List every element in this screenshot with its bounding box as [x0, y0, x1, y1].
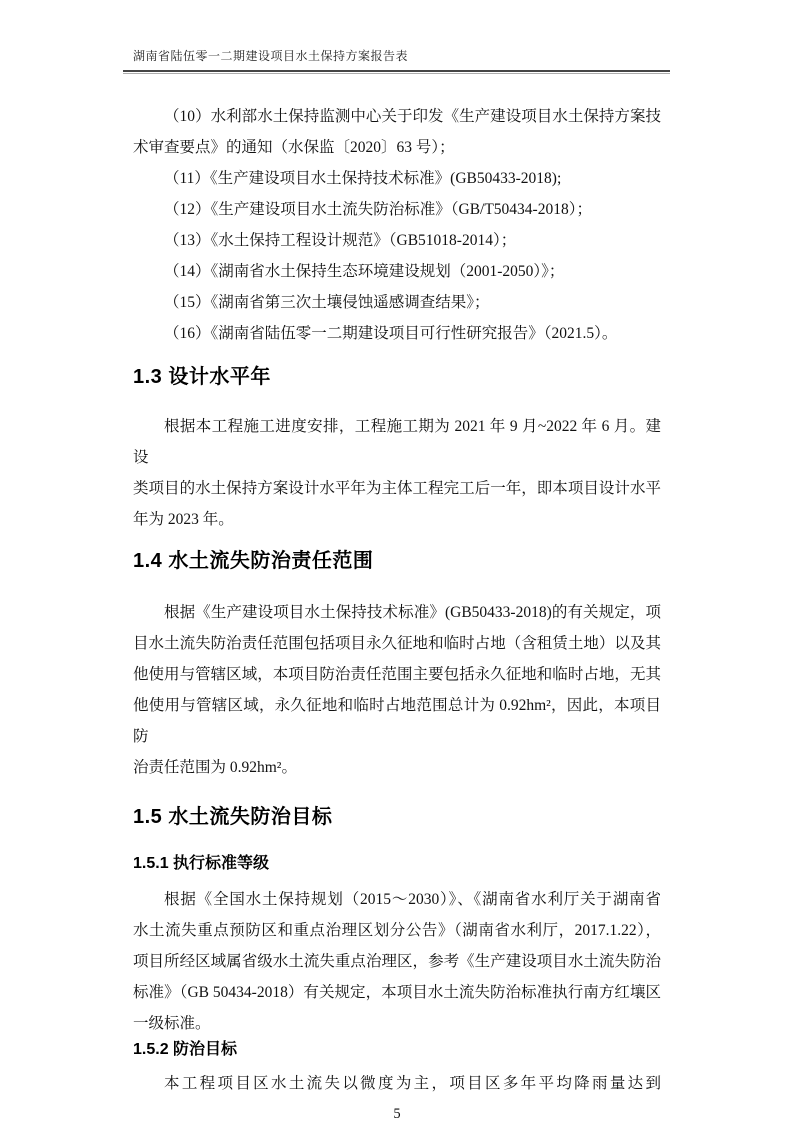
body-line: 水土流失重点预防区和重点治理区划分公告》（湖南省水利厅，2017.1.22）， [133, 915, 661, 946]
header-rule [123, 70, 670, 72]
body-line: 他使用与管辖区域，本项目防治责任范围主要包括永久征地和临时占地，无其 [133, 659, 661, 690]
subsection-heading-1-5-2: 1.5.2 防治目标 [133, 1039, 661, 1061]
body-line: 年为 2023 年。 [133, 504, 661, 535]
page-header-title: 湖南省陆伍零一二期建设项目水土保持方案报告表 [123, 48, 670, 64]
reference-line: （13）《水土保持工程设计规范》（GB51018-2014）； [133, 225, 661, 256]
body-line: 本工程项目区水土流失以微度为主，项目区多年平均降雨量达到 [133, 1068, 661, 1099]
body-line: 治责任范围为 0.92hm²。 [133, 752, 661, 783]
reference-line: （16）《湖南省陆伍零一二期建设项目可行性研究报告》（2021.5）。 [133, 318, 661, 349]
reference-line: （14）《湖南省水土保持生态环境建设规划（2001-2050）》； [133, 256, 661, 287]
body-line: 根据本工程施工进度安排，工程施工期为 2021 年 9 月~2022 年 6 月… [133, 411, 661, 473]
body-line: 根据《生产建设项目水土保持技术标准》(GB50433-2018)的有关规定，项 [133, 597, 661, 628]
document-page: 湖南省陆伍零一二期建设项目水土保持方案报告表 （10）水利部水土保持监测中心关于… [0, 0, 793, 1122]
reference-line: 术审查要点》的通知（水保监〔2020〕63 号）； [133, 132, 661, 163]
section-heading-1-4: 1.4 水土流失防治责任范围 [133, 548, 661, 574]
body-line: 目水土流失防治责任范围包括项目永久征地和临时占地（含租赁土地）以及其 [133, 628, 661, 659]
reference-line: （10）水利部水土保持监测中心关于印发《生产建设项目水土保持方案技 [133, 101, 661, 132]
page-number: 5 [133, 1099, 661, 1122]
body-line: 标准》（GB 50434-2018）有关规定，本项目水土流失防治标准执行南方红壤… [133, 977, 661, 1008]
reference-line: （11）《生产建设项目水土保持技术标准》(GB50433-2018); [133, 163, 661, 194]
page-header: 湖南省陆伍零一二期建设项目水土保持方案报告表 [123, 0, 670, 72]
reference-line: （15）《湖南省第三次土壤侵蚀遥感调查结果》； [133, 287, 661, 318]
document-body: （10）水利部水土保持监测中心关于印发《生产建设项目水土保持方案技 术审查要点》… [133, 101, 661, 1122]
subsection-heading-1-5-1: 1.5.1 执行标准等级 [133, 853, 661, 875]
section-heading-1-3: 1.3 设计水平年 [133, 364, 661, 390]
section-heading-1-5: 1.5 水土流失防治目标 [133, 804, 661, 830]
body-line: 他使用与管辖区域，永久征地和临时占地范围总计为 0.92hm²，因此，本项目防 [133, 690, 661, 752]
reference-line: （12）《生产建设项目水土流失防治标准》（GB/T50434-2018）； [133, 194, 661, 225]
body-line: 类项目的水土保持方案设计水平年为主体工程完工后一年，即本项目设计水平 [133, 473, 661, 504]
body-line: 一级标准。 [133, 1008, 661, 1039]
body-line: 根据《全国水土保持规划（2015～2030）》、《湖南省水利厅关于湖南省 [133, 884, 661, 915]
body-line: 项目所经区域属省级水土流失重点治理区，参考《生产建设项目水土流失防治 [133, 946, 661, 977]
